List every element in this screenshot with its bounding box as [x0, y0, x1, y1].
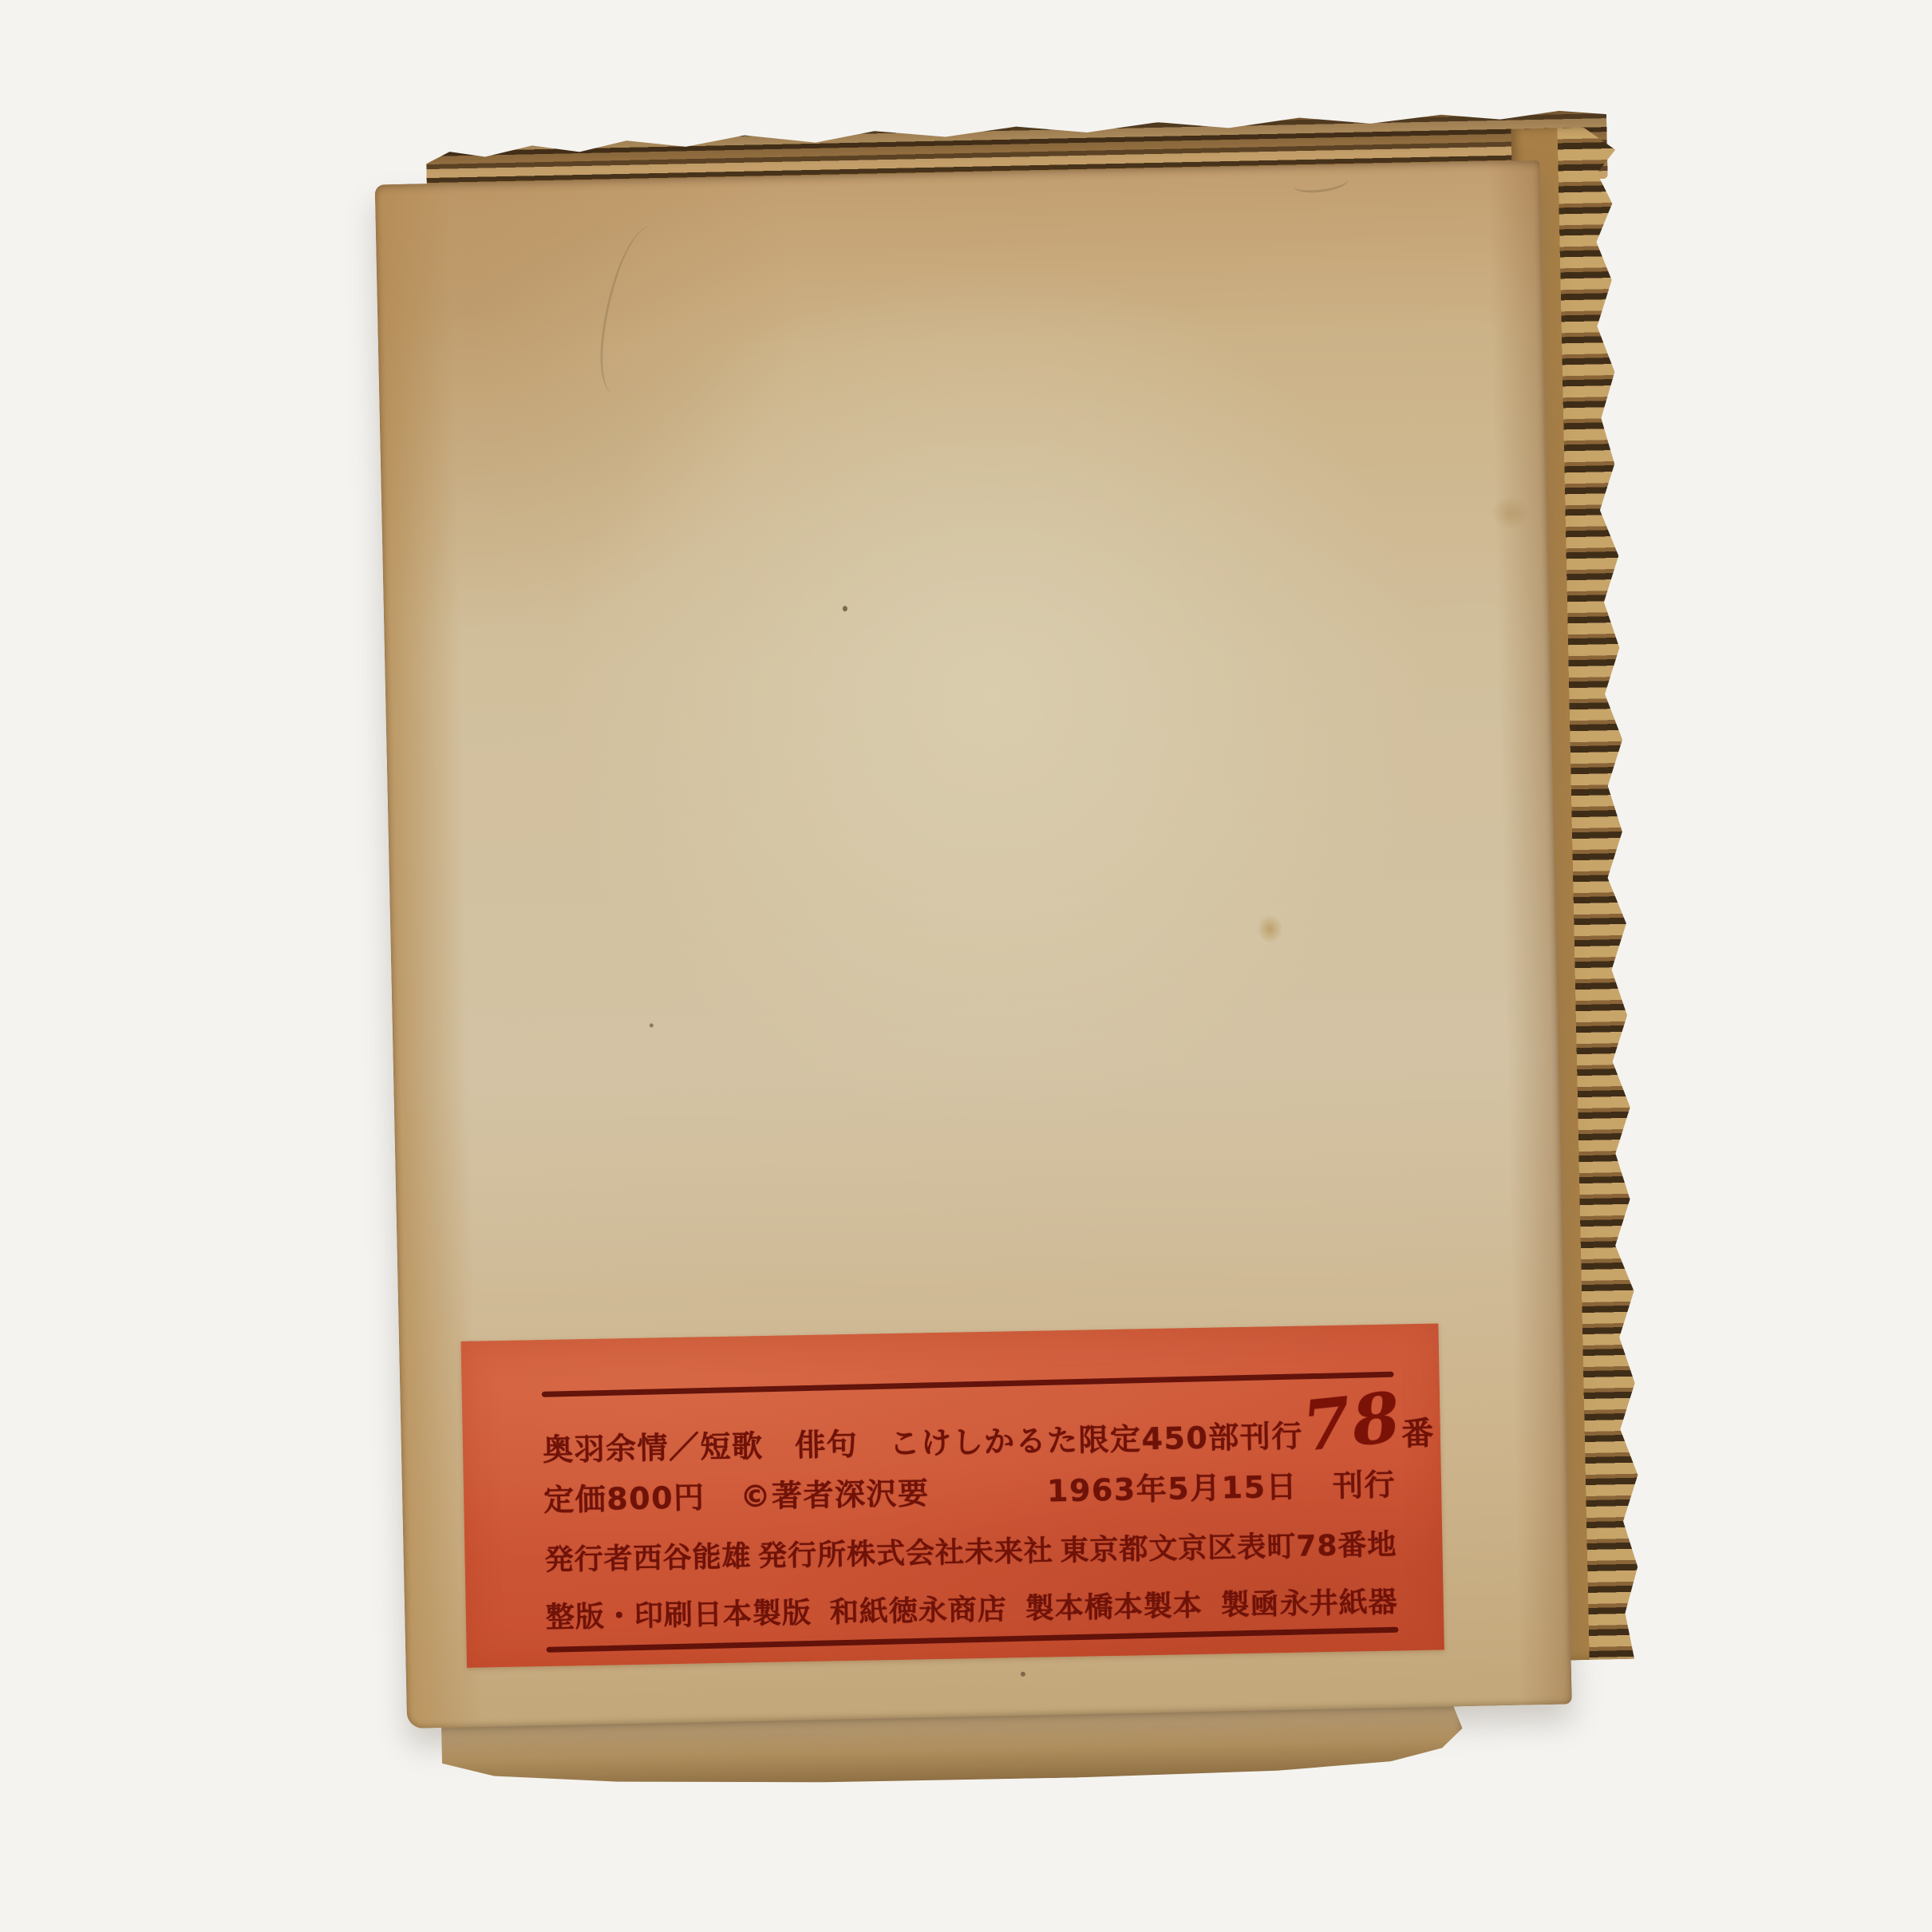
faint-scribble-mark [1292, 169, 1349, 196]
copy-number-handwritten: 78 [1300, 1390, 1404, 1455]
copyright-text: ©著者深沢要 [740, 1468, 930, 1515]
binding-credit: 製本橋本製本 [1025, 1583, 1203, 1627]
paper-credit: 和紙徳永商店 [829, 1586, 1007, 1630]
price-copyright-group: 定価800円 ©著者深沢要 [543, 1468, 930, 1519]
publication-date: 1963年5月15日 [1046, 1462, 1298, 1511]
printing-credit: 整版・印刷日本製版 [545, 1590, 812, 1636]
colophon-label: 奥羽余情／短歌 俳句 こけしかるた 限定450部刊行 78 番 定価800円 ©… [461, 1323, 1444, 1667]
paper-speck [843, 606, 847, 611]
number-suffix: 番 [1401, 1409, 1436, 1455]
case-front-panel: 奥羽余情／短歌 俳句 こけしかるた 限定450部刊行 78 番 定価800円 ©… [375, 160, 1572, 1729]
paper-speck [1021, 1672, 1025, 1677]
publishing-house: 発行所株式会社未来社 [757, 1528, 1053, 1574]
label-publisher-line: 発行者西谷能雄 発行所株式会社未来社 東京都文京区表町78番地 [544, 1522, 1397, 1578]
label-top-rule [542, 1372, 1394, 1397]
pencil-scratch-mark [595, 220, 674, 398]
label-production-line: 整版・印刷日本製版 和紙徳永商店 製本橋本製本 製凾永井紙器 [545, 1579, 1398, 1636]
casemaker-credit: 製凾永井紙器 [1220, 1579, 1398, 1623]
slipcase: 奥羽余情／短歌 俳句 こけしかるた 限定450部刊行 78 番 定価800円 ©… [358, 103, 1661, 1805]
age-stain [1491, 496, 1530, 530]
published-text: 刊行 [1332, 1460, 1396, 1504]
date-group: 1963年5月15日 刊行 [1046, 1460, 1396, 1510]
age-stain [1257, 915, 1283, 944]
photo-backdrop: 奥羽余情／短歌 俳句 こけしかるた 限定450部刊行 78 番 定価800円 ©… [0, 0, 1932, 1932]
label-title-line: 奥羽余情／短歌 俳句 こけしかるた 限定450部刊行 78 番 [542, 1394, 1395, 1470]
label-price-date-line: 定価800円 ©著者深沢要 1963年5月15日 刊行 [543, 1460, 1397, 1519]
price-text: 定価800円 [543, 1472, 705, 1519]
publisher-name: 発行者西谷能雄 [544, 1534, 752, 1578]
publisher-address: 東京都文京区表町78番地 [1060, 1522, 1397, 1569]
book-title: 奥羽余情／短歌 俳句 こけしかるた [543, 1416, 1079, 1469]
limited-edition-text: 限定450部刊行 [1078, 1412, 1303, 1460]
paper-speck [650, 1023, 654, 1027]
